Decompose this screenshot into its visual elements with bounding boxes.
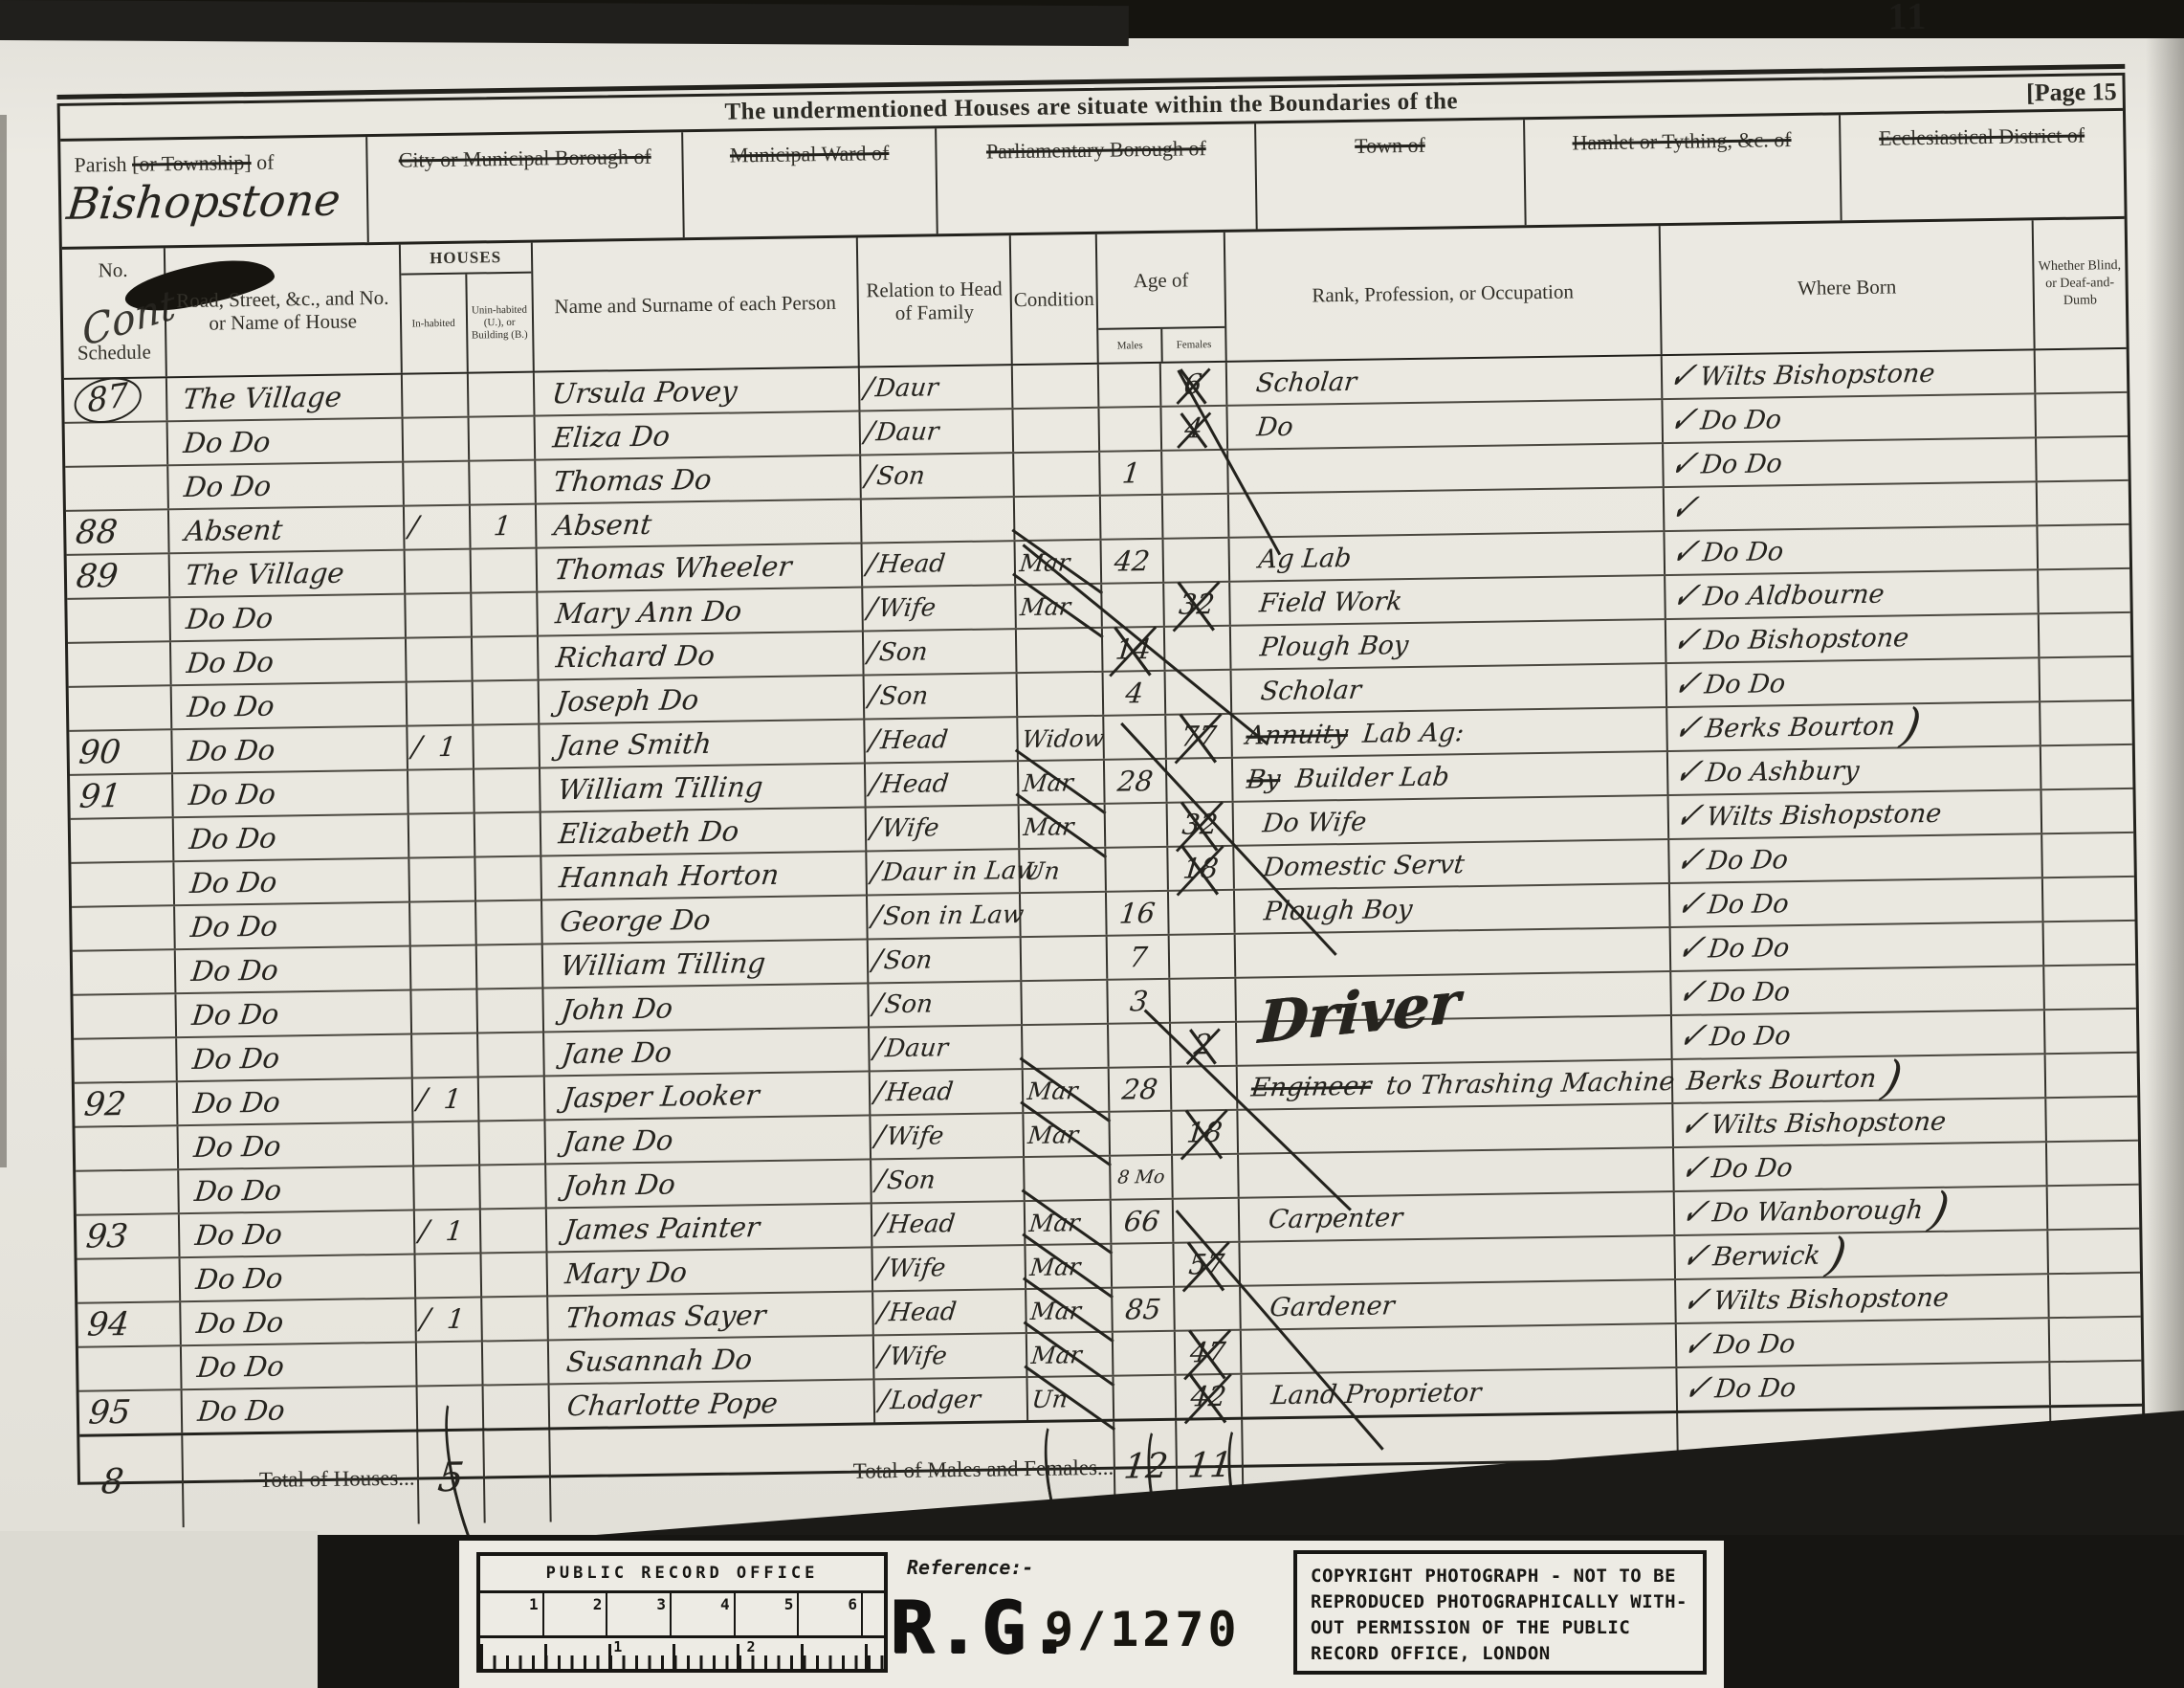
- schedule-cell: [76, 1170, 179, 1214]
- infirmity-cell: [2044, 966, 2136, 1009]
- clerk-check: ✓: [1677, 1194, 1712, 1233]
- where-born-cell: ✓Do Ashbury: [1668, 746, 2042, 794]
- where-born-cell: ✓Berwick): [1675, 1231, 2049, 1278]
- schedule-cell: 89: [67, 554, 170, 598]
- name-cell: George Do: [542, 896, 869, 943]
- age-female-cell: 18: [1168, 847, 1235, 890]
- page-number-label: [Page 15: [2026, 78, 2117, 107]
- where-born-cell: ✓Wilts Bishopstone: [1663, 350, 2037, 398]
- col-where-born: Where Born: [1661, 220, 2036, 354]
- where-born-cell: ✓Do Do: [1669, 834, 2043, 882]
- age-male-cell: [1114, 1332, 1176, 1375]
- age-male-cell: [1107, 848, 1169, 891]
- col-uninhabited: Unin-habited (U.), or Building (B.): [467, 274, 532, 372]
- age-female-cell: 77: [1166, 715, 1233, 758]
- name-cell: John Do: [546, 1160, 872, 1207]
- condition-cell: [1023, 1025, 1110, 1068]
- age-male-cell: [1100, 408, 1162, 451]
- infirmity-cell: [2045, 1010, 2137, 1053]
- relation-cell: ∕Daur: [870, 1026, 1023, 1070]
- uninhabited-cell: [470, 461, 537, 504]
- address-cell: The Village: [167, 375, 403, 421]
- inhabited-cell: [413, 1122, 480, 1166]
- name-cell: Ursula Povey: [534, 368, 860, 415]
- address-cell: Do Do: [174, 859, 409, 905]
- clerk-check: ✓: [1669, 710, 1705, 748]
- condition-cell: Mar: [1024, 1113, 1111, 1156]
- uninhabited-cell: [480, 1209, 547, 1252]
- schedule-cell: [71, 862, 174, 906]
- inhabited-cell: [414, 1166, 481, 1210]
- condition-cell: [1015, 497, 1102, 540]
- age-female-cell: [1169, 891, 1236, 934]
- col-infirmity: Whether Blind, or Deaf-and-Dumb: [2034, 219, 2127, 348]
- col-relation: Relation to Head of Family: [858, 235, 1013, 366]
- clerk-check: ✓: [1665, 358, 1700, 396]
- parish-label: Parish: [74, 152, 126, 177]
- inhabited-cell: [411, 990, 478, 1033]
- condition-cell: Un: [1020, 849, 1107, 892]
- parish-label-of: of: [256, 150, 275, 174]
- inhabited-cell: [415, 1255, 482, 1298]
- pro-scale-box: PUBLIC RECORD OFFICE 1 2 3 4 5 6 1 2: [476, 1552, 888, 1673]
- inhabited-cell: ∕1: [408, 726, 474, 769]
- schedule-cell: [76, 1126, 179, 1170]
- schedule-cell: 90: [69, 730, 172, 774]
- uninhabited-cell: [471, 549, 538, 592]
- relation-cell: ∕Head: [873, 1290, 1026, 1334]
- occupation-cell: [1229, 488, 1666, 537]
- schedule-cell: 93: [77, 1214, 180, 1258]
- where-born-cell: ✓Do Do: [1663, 394, 2037, 442]
- age-male-cell: 28: [1110, 1068, 1172, 1111]
- relation-cell: ∕Son: [865, 674, 1018, 718]
- age-male-cell: 16: [1107, 892, 1169, 935]
- inhabited-cell: [406, 594, 473, 637]
- infirmity-cell: [2048, 1230, 2140, 1273]
- infirmity-cell: [2040, 613, 2131, 656]
- relation-cell: ∕Son: [871, 1158, 1025, 1202]
- relation-cell: ∕Wife: [873, 1246, 1026, 1290]
- inhabited-cell: [408, 814, 475, 857]
- condition-cell: Mar: [1027, 1333, 1114, 1376]
- pro-scale-cells: 1 2 3 4 5 6: [480, 1593, 884, 1638]
- clerk-check: ✓: [1677, 1238, 1712, 1277]
- condition-cell: Mar: [1026, 1289, 1114, 1332]
- where-born-cell: ✓Do Do: [1665, 526, 2039, 574]
- uninhabited-cell: [478, 1077, 545, 1121]
- relation-cell: ∕Son: [870, 982, 1023, 1026]
- uninhabited-cell: 1: [470, 505, 537, 548]
- pen-flourish: ): [1823, 1232, 1850, 1277]
- age-male-cell: [1106, 804, 1168, 847]
- col-males: Males: [1099, 329, 1163, 363]
- schedule-cell: 95: [79, 1390, 183, 1434]
- tilted-page-content: 11 The undermentioned Houses are situate…: [0, 0, 2184, 1555]
- name-cell: Charlotte Pope: [549, 1380, 875, 1427]
- where-born-cell: ✓Do Do: [1664, 438, 2038, 486]
- schedule-cell: 94: [77, 1302, 181, 1346]
- relation-cell: ∕Son in Law: [868, 894, 1021, 938]
- age-female-cell: 57: [1174, 1243, 1241, 1286]
- age-female-cell: [1170, 979, 1237, 1022]
- uninhabited-cell: [473, 681, 540, 724]
- uninhabited-cell: [480, 1165, 547, 1208]
- occupation-cell: Scholar: [1227, 356, 1664, 405]
- scan-black-strip: [0, 0, 1129, 46]
- relation-cell: ∕Son: [864, 630, 1017, 674]
- schedule-cell: 92: [75, 1082, 178, 1126]
- clerk-tick: ∕: [417, 1217, 430, 1246]
- condition-cell: Mar: [1026, 1245, 1113, 1288]
- occupation-cell: [1242, 1324, 1678, 1373]
- col-inhabited: In-habited: [401, 275, 468, 373]
- schedule-cell: [68, 642, 171, 686]
- condition-cell: Mar: [1019, 805, 1106, 848]
- name-cell: Absent: [536, 500, 862, 547]
- occupation-cell: Field Work: [1230, 576, 1666, 625]
- where-born-cell: ✓Do Do: [1674, 1143, 2048, 1190]
- condition-cell: [1022, 981, 1109, 1024]
- infirmity-cell: [2036, 349, 2128, 392]
- age-male-cell: [1114, 1376, 1177, 1419]
- occupation-cell: Ag Lab: [1229, 532, 1666, 581]
- pen-flourish: ): [1879, 1055, 1906, 1100]
- inhabited-cell: [410, 902, 477, 945]
- inhabited-cell: [416, 1342, 483, 1385]
- where-born-cell: ✓Do Do: [1677, 1363, 2051, 1410]
- infirmity-cell: [2041, 657, 2132, 700]
- address-cell: Do Do: [174, 815, 409, 861]
- schedule-cell: [67, 598, 170, 642]
- uninhabited-cell: [476, 901, 543, 944]
- name-cell: Joseph Do: [539, 676, 865, 722]
- totals-houses-label: Total of Houses...: [183, 1433, 419, 1528]
- condition-cell: Mar: [1019, 761, 1106, 804]
- address-cell: Do Do: [176, 947, 411, 993]
- infirmity-cell: [2049, 1274, 2141, 1317]
- name-cell: Mary Ann Do: [538, 589, 864, 635]
- infirmity-cell: [2036, 393, 2128, 436]
- col-schedule-number: No. Schedule Cont: [62, 248, 167, 378]
- relation-cell: ∕Head: [866, 762, 1019, 806]
- condition-cell: Mar: [1023, 1069, 1110, 1112]
- col-females: Females: [1162, 328, 1224, 362]
- field-hamlet: Hamlet or Tything, &c. of: [1525, 115, 1842, 225]
- inhabited-cell: ∕1: [416, 1298, 483, 1341]
- name-cell: Thomas Do: [536, 456, 862, 503]
- relation-cell: ∕Wife: [874, 1334, 1027, 1378]
- occupation-cell: [1238, 1104, 1674, 1153]
- age-female-cell: [1163, 539, 1230, 582]
- age-female-cell: [1170, 935, 1237, 978]
- occupation-cell: Plough Boy: [1231, 620, 1667, 669]
- clerk-check: ✓: [1671, 798, 1707, 836]
- clerk-tick: ∕: [415, 1085, 428, 1114]
- inhabited-cell: ∕1: [414, 1210, 481, 1254]
- uninhabited-cell: [479, 1121, 546, 1164]
- relation-cell: ∕Son: [869, 938, 1022, 982]
- infirmity-cell: [2050, 1362, 2142, 1405]
- inhabited-cell: [412, 1034, 479, 1077]
- address-cell: Do Do: [179, 1167, 414, 1213]
- where-born-cell: ✓Do Aldbourne: [1666, 570, 2040, 618]
- schedule-cell: 87: [64, 378, 167, 422]
- clerk-check: ✓: [1673, 974, 1709, 1012]
- infirmity-cell: [2044, 922, 2136, 965]
- infirmity-cell: [2043, 877, 2135, 921]
- name-cell: James Painter: [546, 1204, 872, 1251]
- col-houses-group: HOUSES In-habited Unin-habited (U.), or …: [400, 243, 534, 373]
- age-male-cell: 8 Mo: [1111, 1156, 1173, 1199]
- clerk-check: ✓: [1666, 446, 1701, 484]
- condition-cell: [1025, 1157, 1112, 1200]
- occupation-cell: Do: [1227, 400, 1664, 449]
- age-male-cell: [1111, 1112, 1173, 1155]
- occupation-cell: Scholar: [1231, 664, 1667, 713]
- parish-value: Bishopstone: [65, 178, 342, 226]
- where-born-cell: ✓Wilts Bishopstone: [1673, 1099, 2047, 1146]
- address-cell: Do Do: [171, 639, 407, 685]
- clerk-check: ✓: [1679, 1326, 1714, 1365]
- schedule-cell: [69, 686, 172, 730]
- schedule-cell: [77, 1258, 181, 1302]
- relation-cell: ∕Wife: [863, 586, 1016, 630]
- where-born-cell: ✓Wilts Bishopstone: [1668, 790, 2042, 838]
- relation-cell: ∕Head: [863, 542, 1016, 586]
- copyright-notice: COPYRIGHT PHOTOGRAPH - NOT TO BE REPRODU…: [1293, 1550, 1707, 1675]
- infirmity-cell: [2046, 1098, 2138, 1141]
- piece-number: 9/1270: [1045, 1602, 1241, 1657]
- where-born-cell: ✓Berks Bourton): [1667, 702, 2041, 750]
- field-parish: Parish [or Township] of Bishopstone: [60, 137, 369, 247]
- address-cell: Do Do: [177, 1035, 412, 1081]
- where-born-cell: ✓Do Do: [1666, 658, 2041, 706]
- where-born-cell: ✓Do Do: [1677, 1319, 2051, 1366]
- condition-cell: [1021, 937, 1108, 980]
- reference-label: Reference:-: [907, 1556, 1033, 1579]
- infirmity-cell: [2037, 437, 2129, 480]
- address-cell: Do Do: [178, 1123, 413, 1169]
- address-cell: Do Do: [182, 1388, 417, 1433]
- condition-cell: [1014, 453, 1101, 496]
- occupation-cell: Land Proprietor: [1242, 1368, 1678, 1417]
- age-male-cell: [1109, 1024, 1171, 1067]
- schedule-cell: [72, 906, 175, 950]
- schedule-cell: [71, 818, 174, 862]
- clerk-tick: ∕: [418, 1305, 430, 1334]
- age-male-cell: [1101, 496, 1163, 539]
- infirmity-cell: [2041, 745, 2133, 788]
- relation-cell: [862, 498, 1015, 542]
- uninhabited-cell: [474, 769, 541, 812]
- uninhabited-cell: [474, 725, 540, 768]
- uninhabited-cell: [474, 813, 541, 856]
- schedule-cell: [65, 422, 168, 466]
- relation-cell: ∕Wife: [867, 806, 1020, 850]
- inhabited-cell: [410, 946, 477, 989]
- inhabited-cell: [404, 462, 471, 505]
- schedule-cell: [78, 1346, 182, 1390]
- age-female-cell: [1165, 627, 1232, 670]
- col-age-of: Age of: [1097, 233, 1224, 328]
- condition-cell: [1013, 365, 1100, 408]
- name-cell: William Tilling: [542, 940, 869, 987]
- infirmity-cell: [2048, 1186, 2140, 1229]
- infirmity-cell: [2046, 1054, 2138, 1097]
- clerk-check: ✓: [1671, 842, 1707, 880]
- inhabited-cell: [403, 418, 470, 461]
- clerk-tick: ∕: [410, 733, 423, 762]
- address-cell: Do Do: [175, 903, 410, 949]
- pen-flourish: ): [1926, 1187, 1952, 1233]
- infirmity-cell: [2038, 481, 2129, 524]
- schedule-cell: [74, 1038, 177, 1082]
- clerk-check: ✓: [1676, 1150, 1711, 1188]
- condition-cell: Widow: [1018, 717, 1105, 760]
- name-cell: Thomas Sayer: [548, 1292, 874, 1339]
- occupation-cell: AnnuityLab Ag:: [1232, 708, 1668, 757]
- uninhabited-cell: [468, 373, 535, 416]
- where-born-cell: ✓Do Do: [1671, 966, 2045, 1014]
- relation-cell: ∕Head: [865, 718, 1018, 762]
- inhabited-cell: [407, 682, 474, 725]
- age-female-cell: [1163, 495, 1230, 538]
- infirmity-cell: [2038, 525, 2129, 568]
- field-city-borough: City or Municipal Borough of: [367, 132, 684, 242]
- name-cell: Hannah Horton: [541, 852, 868, 899]
- field-ecclesiastical-district: Ecclesiastical District of: [1841, 111, 2125, 220]
- occupation-cell: Domestic Servt: [1234, 840, 1670, 889]
- census-table: The undermentioned Houses are situate wi…: [57, 73, 2146, 1485]
- page-bottom-margin: [0, 1531, 318, 1688]
- clerk-check: ✓: [1674, 1018, 1710, 1056]
- clerk-check: ✓: [1667, 534, 1703, 572]
- where-born-cell: ✓Do Do: [1670, 922, 2044, 970]
- uninhabited-cell: [472, 593, 539, 636]
- address-cell: Do Do: [168, 463, 404, 509]
- condition-cell: [1013, 409, 1100, 452]
- where-born-cell: ✓: [1665, 482, 2039, 530]
- pen-flourish: ): [1898, 702, 1925, 748]
- occupation-cell: [1228, 444, 1665, 493]
- where-born-cell: Berks Bourton): [1672, 1055, 2046, 1102]
- where-born-cell: ✓Do Bishopstone: [1666, 614, 2041, 662]
- age-male-cell: 42: [1102, 540, 1164, 583]
- infirmity-cell: [2042, 789, 2134, 833]
- schedule-cell: 88: [66, 510, 169, 554]
- age-female-cell: 42: [1176, 1375, 1243, 1418]
- occupation-cell: Do Wife: [1234, 796, 1670, 845]
- address-cell: Do Do: [181, 1299, 416, 1345]
- relation-cell: ∕Wife: [871, 1114, 1025, 1158]
- occupation-cell: Carpenter: [1240, 1192, 1676, 1241]
- inhabited-cell: [407, 638, 474, 681]
- clerk-check: ✓: [1668, 622, 1704, 660]
- inhabited-cell: [409, 858, 476, 901]
- clerk-check: ✓: [1675, 1106, 1710, 1144]
- age-male-cell: [1102, 584, 1164, 627]
- occupation-cell: Engineerto Thrashing Machine: [1238, 1060, 1674, 1109]
- clerk-check: ✓: [1670, 754, 1706, 792]
- age-male-cell: [1113, 1244, 1175, 1287]
- relation-cell: ∕Daur: [860, 366, 1013, 410]
- name-cell: John Do: [543, 984, 870, 1031]
- name-cell: William Tilling: [540, 764, 867, 811]
- infirmity-cell: [2041, 701, 2132, 744]
- clerk-tick: ∕: [407, 513, 419, 542]
- uninhabited-cell: [477, 989, 544, 1033]
- where-born-cell: ✓Do Wanborough): [1675, 1187, 2049, 1234]
- age-female-cell: [1162, 451, 1229, 494]
- scan-photo: 11 The undermentioned Houses are situate…: [0, 0, 2184, 1688]
- where-born-cell: ✓Do Do: [1672, 1011, 2046, 1058]
- uninhabited-cell: [476, 945, 543, 988]
- clerk-check: ✓: [1680, 1370, 1715, 1409]
- field-municipal-ward: Municipal Ward of: [683, 128, 938, 237]
- name-cell: Elizabeth Do: [540, 808, 867, 855]
- clerk-check: ✓: [1672, 886, 1708, 924]
- infirmity-cell: [2042, 833, 2134, 877]
- relation-cell: ∕Daur: [861, 410, 1014, 454]
- clerk-check: ✓: [1678, 1282, 1713, 1321]
- inhabited-cell: [405, 550, 472, 593]
- name-cell: Mary Do: [547, 1248, 873, 1295]
- age-male-cell: 66: [1112, 1200, 1174, 1243]
- uninhabited-cell: [482, 1341, 549, 1384]
- age-male-cell: [1099, 364, 1161, 407]
- col-condition: Condition: [1010, 234, 1099, 364]
- name-cell: Jane Do: [544, 1028, 871, 1075]
- name-cell: Jane Do: [545, 1116, 871, 1163]
- uninhabited-cell: [473, 637, 540, 680]
- address-cell: Do Do: [176, 991, 411, 1037]
- condition-cell: [1017, 629, 1104, 672]
- inhabited-cell: [408, 770, 475, 813]
- name-cell: Thomas Wheeler: [537, 544, 863, 591]
- uninhabited-cell: [482, 1297, 549, 1340]
- occupation-cell: [1240, 1236, 1676, 1285]
- condition-cell: [1017, 673, 1104, 716]
- occupation-cell: [1239, 1148, 1675, 1197]
- age-female-cell: [1167, 759, 1234, 802]
- name-cell: Jasper Looker: [544, 1072, 871, 1119]
- name-cell: Jane Smith: [540, 720, 866, 766]
- uninhabited-cell: [469, 417, 536, 460]
- occupation-cell: Gardener: [1241, 1280, 1677, 1329]
- address-cell: Do Do: [170, 595, 406, 641]
- address-cell: The Village: [169, 551, 405, 597]
- name-cell: Eliza Do: [535, 412, 861, 459]
- relation-cell: ∕Son: [861, 454, 1014, 498]
- clerk-check: ✓: [1666, 402, 1701, 440]
- where-born-cell: ✓Do Do: [1670, 878, 2044, 926]
- inhabited-cell: ∕: [404, 506, 471, 549]
- col-road-street: Road, Street, &c., and No. or Name of Ho…: [165, 245, 403, 377]
- col-houses: HOUSES: [400, 243, 530, 276]
- occupation-cell: ByBuilder Lab: [1233, 752, 1669, 801]
- parish-struck-label: [or Township]: [132, 150, 252, 176]
- col-age-group: Age of Males Females: [1097, 233, 1227, 363]
- clerk-check: ✓: [1666, 490, 1702, 528]
- schedule-cell: [73, 950, 176, 994]
- address-cell: Do Do: [167, 419, 403, 465]
- address-cell: Do Do: [180, 1211, 415, 1257]
- schedule-cell: [73, 994, 176, 1038]
- pro-reference-stamp: PUBLIC RECORD OFFICE 1 2 3 4 5 6 1 2 Ref…: [459, 1541, 1724, 1688]
- age-female-cell: 32: [1164, 583, 1231, 626]
- schedule-cell: [65, 466, 168, 510]
